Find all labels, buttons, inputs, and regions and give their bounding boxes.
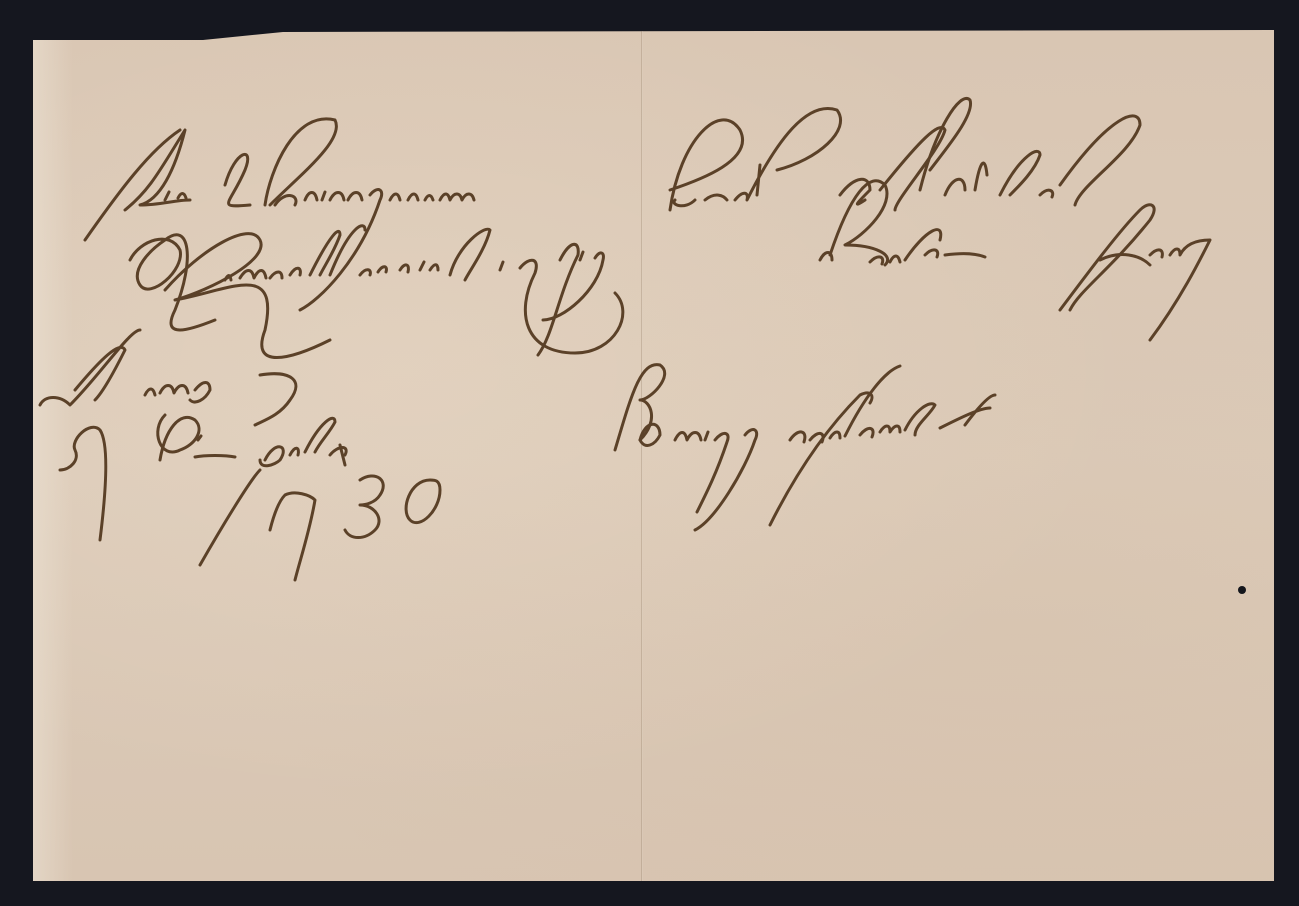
paper-sheet bbox=[33, 30, 1274, 881]
year-note: 1730 bbox=[200, 490, 271, 523]
ink-dot bbox=[1238, 586, 1246, 594]
address-line-1: Rückbringer in diese Ratsstube bbox=[120, 170, 568, 203]
postal-note: Königl. Postambt bbox=[610, 410, 851, 443]
fold-line bbox=[641, 30, 643, 881]
amount-note: 6 gulden bbox=[150, 420, 274, 453]
address-line-3: Münd[en] bbox=[40, 360, 179, 393]
address-line-2: Schmalkalder Richtig über Kassel bbox=[130, 250, 612, 283]
paper-deckle-edge bbox=[33, 30, 73, 881]
